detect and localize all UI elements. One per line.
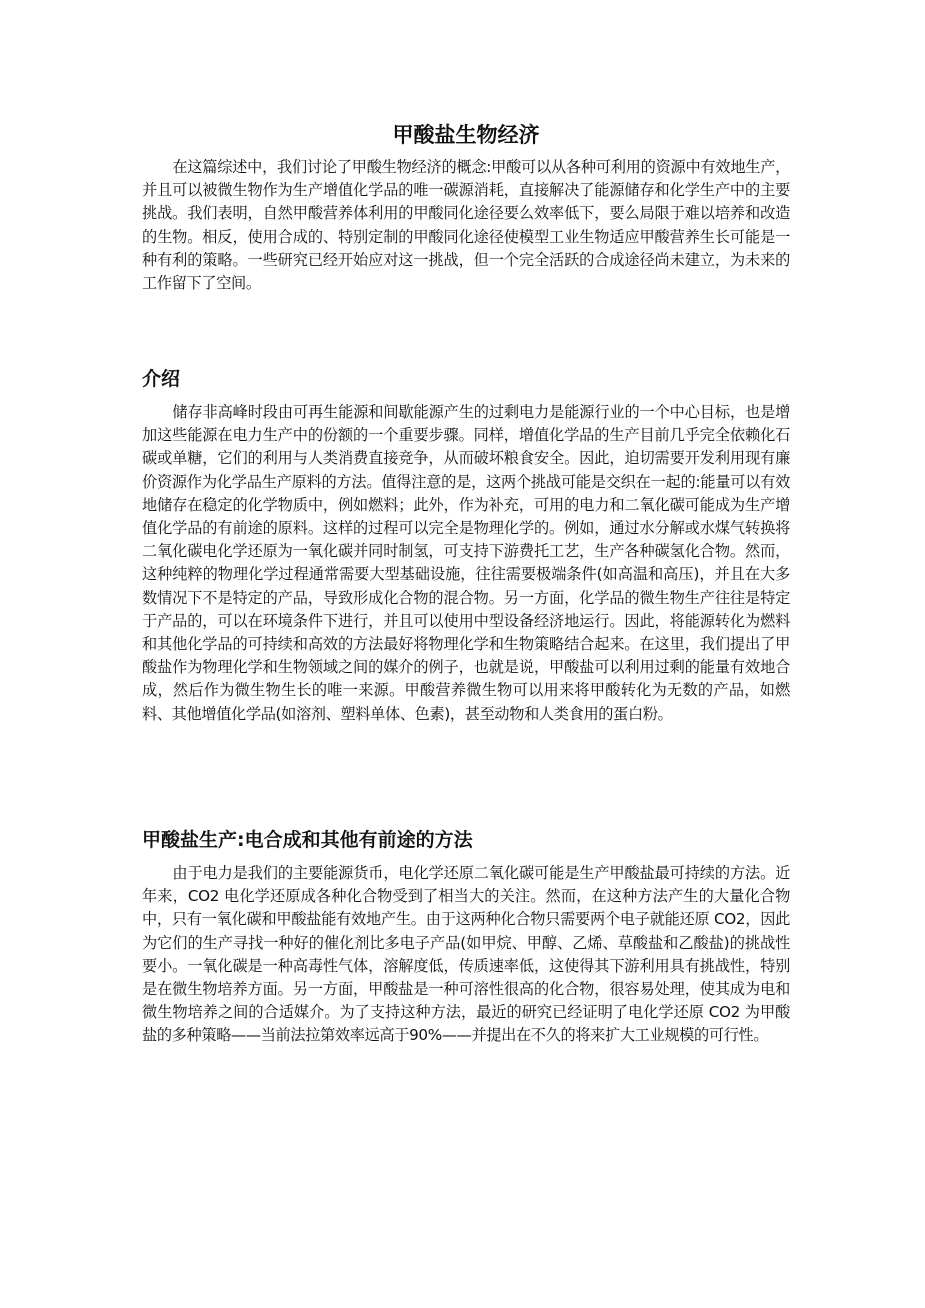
document-page: 甲酸盐生物经济 在这篇综述中，我们讨论了甲酸生物经济的概念:甲酸可以从各种可利用… xyxy=(142,120,790,295)
section-body-introduction: 储存非高峰时段由可再生能源和间歇能源产生的过剩电力是能源行业的一个中心目标，也是… xyxy=(142,401,790,726)
section-heading-formate-production: 甲酸盐生产:电合成和其他有前途的方法 xyxy=(142,826,790,854)
section-body-formate-production: 由于电力是我们的主要能源货币，电化学还原二氧化碳可能是生产甲酸盐最可持续的方法。… xyxy=(142,862,790,1048)
document-title: 甲酸盐生物经济 xyxy=(142,120,790,150)
section-formate-production: 甲酸盐生产:电合成和其他有前途的方法 由于电力是我们的主要能源货币，电化学还原二… xyxy=(142,826,790,1048)
section-introduction: 介绍 储存非高峰时段由可再生能源和间歇能源产生的过剩电力是能源行业的一个中心目标… xyxy=(142,365,790,726)
section-heading-introduction: 介绍 xyxy=(142,365,790,393)
abstract-paragraph: 在这篇综述中，我们讨论了甲酸生物经济的概念:甲酸可以从各种可利用的资源中有效地生… xyxy=(142,156,790,295)
